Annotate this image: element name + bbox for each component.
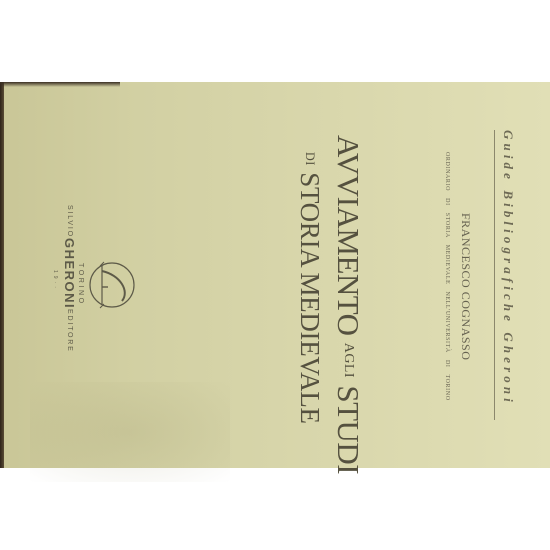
title-word-studi: STUDI (331, 385, 366, 474)
publication-year: 19·· (52, 270, 58, 291)
publisher-suffix: EDITORE (66, 309, 73, 353)
title-word-agli: AGLI (341, 343, 356, 378)
series-title: Guide Bibliografiche Gheroni (500, 130, 516, 420)
title-line-2: DI STORIA MEDIEVALE (294, 152, 325, 424)
publisher-prefix: SILVIO (66, 205, 73, 238)
publisher-name: SILVIOGHERONIEDITORE (62, 205, 77, 353)
paper-stain (30, 382, 230, 482)
author-name: FRANCESCO COGNASSO (458, 213, 473, 360)
publisher-monogram-icon (84, 253, 140, 317)
page-edge-shadow (0, 82, 120, 87)
publisher-city: TORINO (77, 263, 84, 306)
author-affiliation: ORDINARIO DI STORIA MEDIEVALE NELL'UNIVE… (444, 152, 450, 401)
publisher-main: GHERONI (62, 238, 77, 309)
title-line-1: AVVIAMENTO AGLI STUDI (330, 135, 366, 474)
title-word-avviamento: AVVIAMENTO (331, 135, 366, 336)
title-word-di: DI (303, 152, 317, 166)
title-words-storia-medievale: STORIA MEDIEVALE (295, 172, 325, 423)
series-rule (494, 130, 495, 420)
